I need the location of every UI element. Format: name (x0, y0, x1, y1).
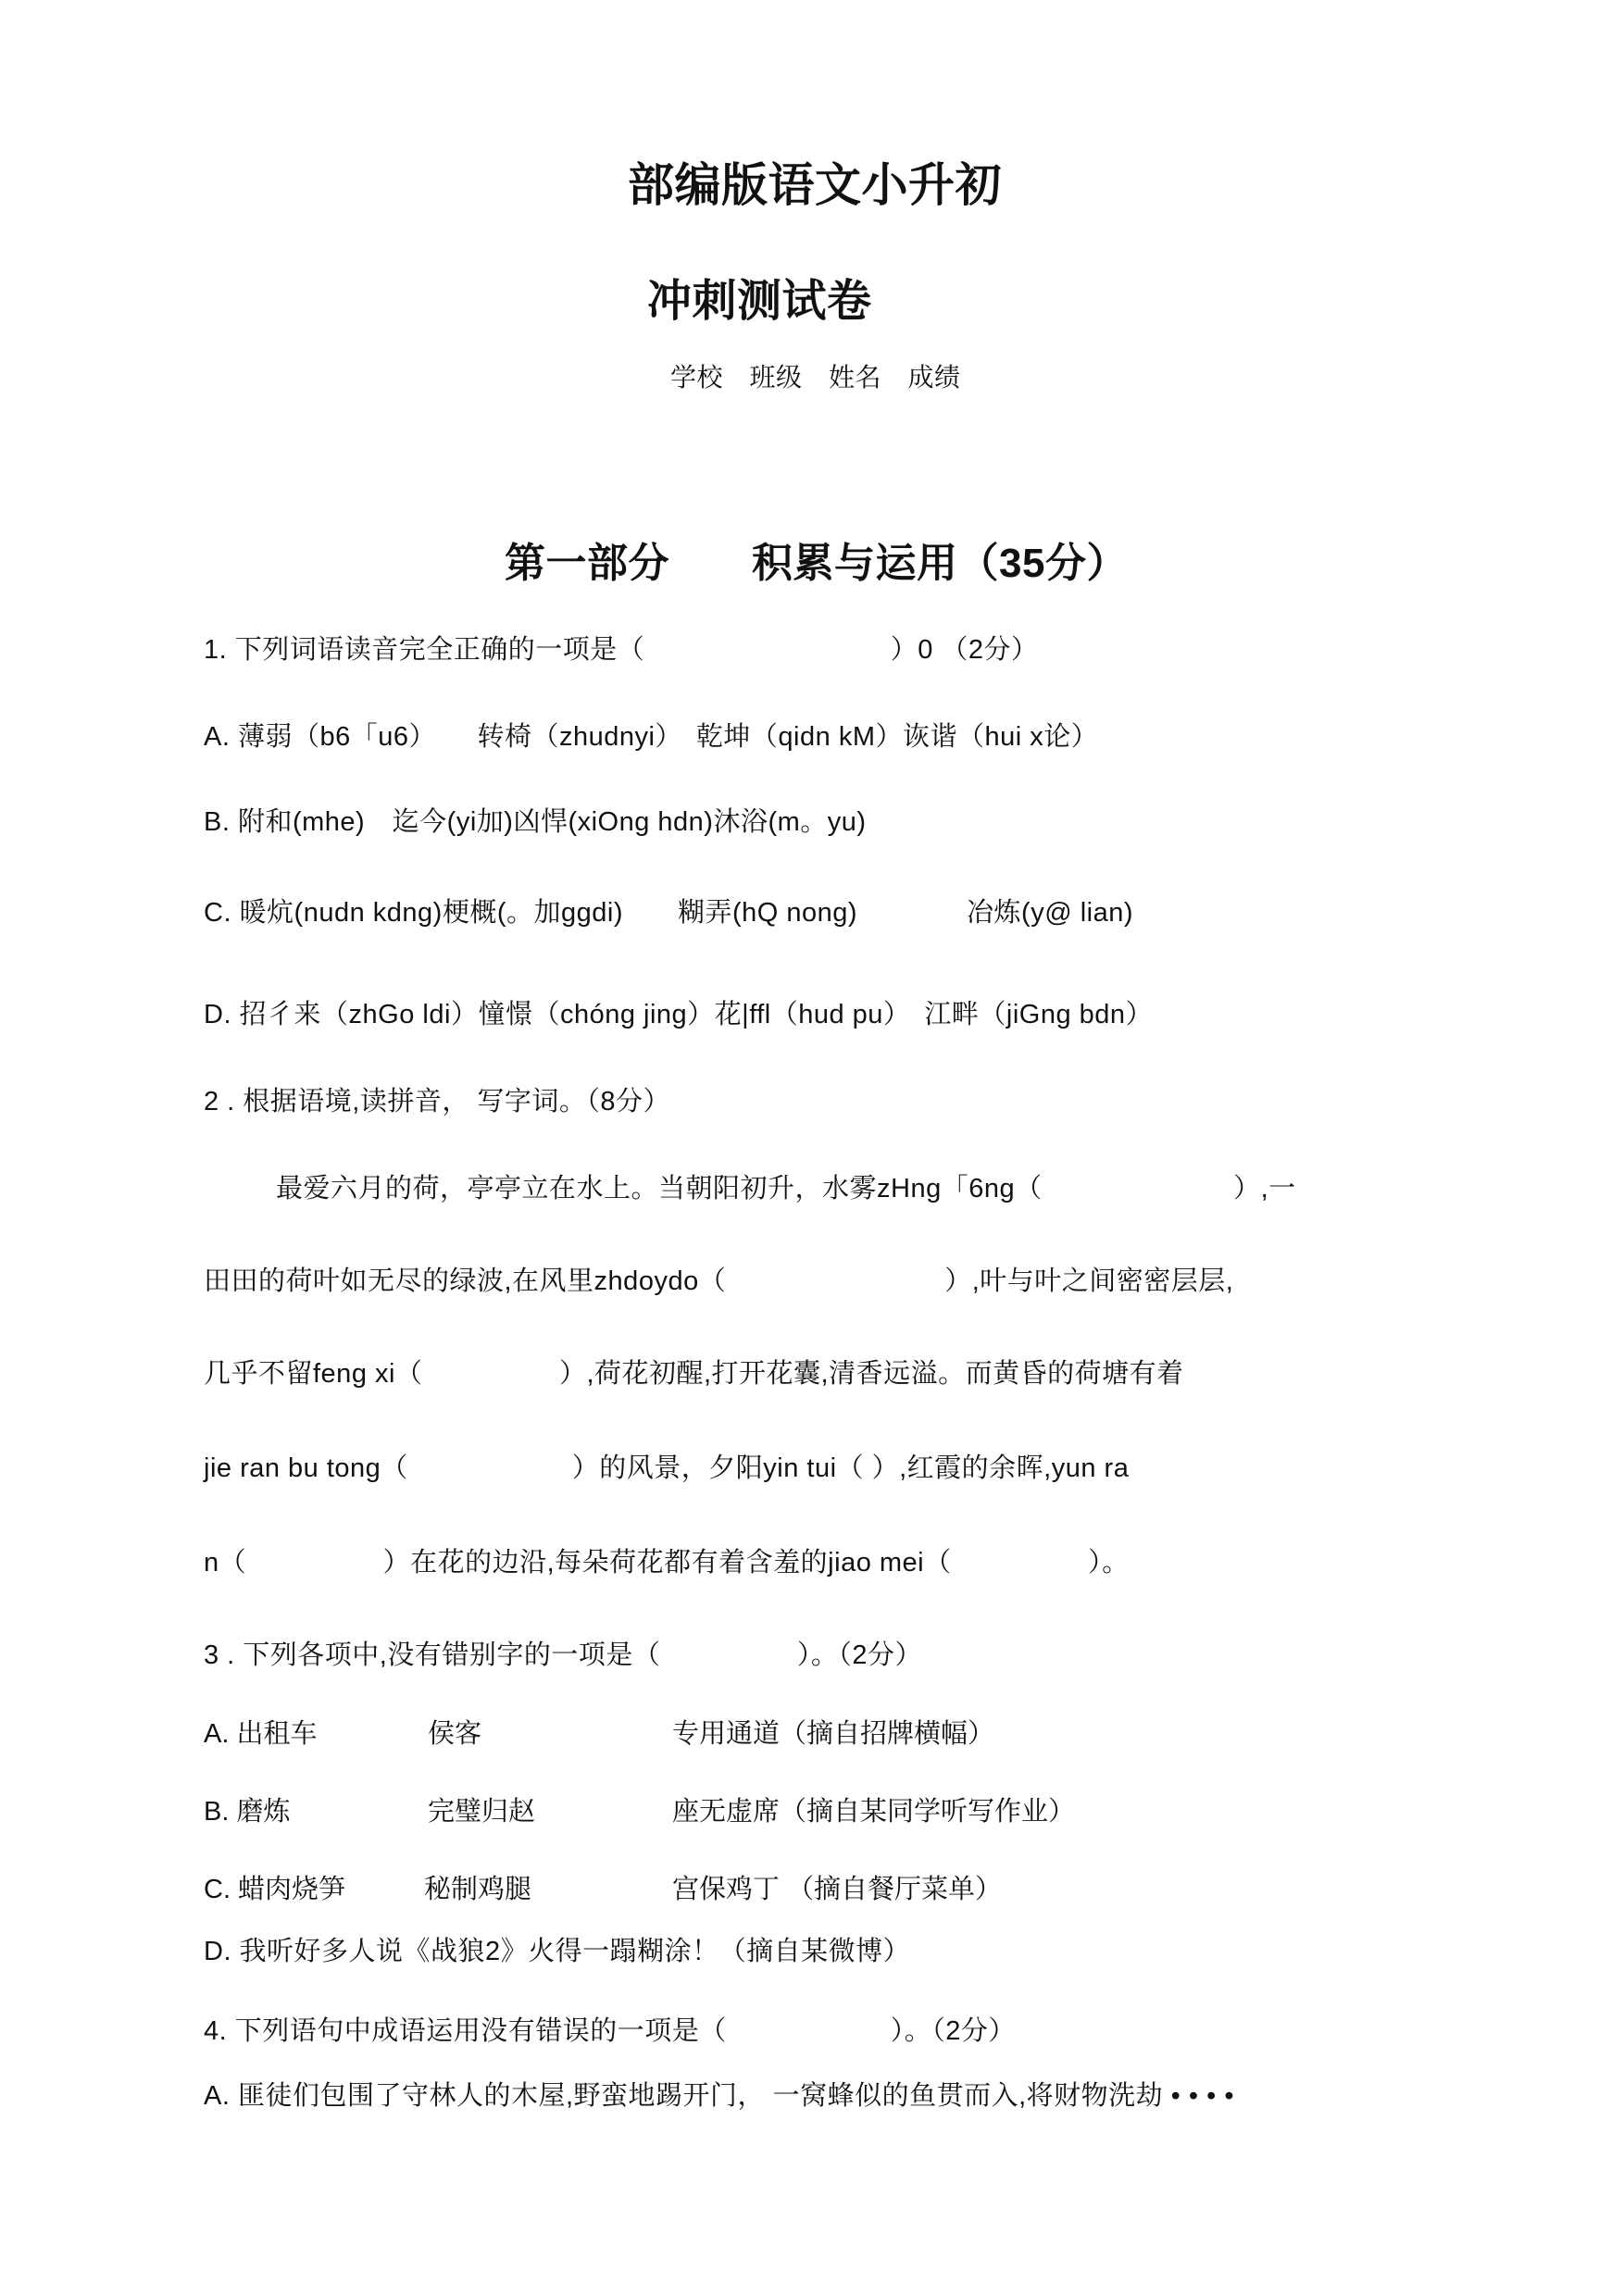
q1-option-c: C. 暖炕(nudn kdng)梗概(。加ggdi) 糊弄(hQ nong) 冶… (204, 898, 1133, 929)
q1-stem: 1. 下列词语读音完全正确的一项是（ ）0 （2分） (204, 635, 1039, 666)
q3-option-d: D. 我听好多人说《战狼2》火得一蹋糊涂！（摘自某微博） (204, 1937, 910, 1967)
q3-option-c-col3: 宫保鸡丁 （摘自餐厅菜单） (672, 1868, 1002, 1906)
section-heading: 第一部分 积累与运用（35分） (505, 541, 1128, 588)
q2-stem: 2 . 根据语境,读拼音， 写字词。（8分） (204, 1087, 670, 1117)
q3-option-c-col2: 秘制鸡腿 (424, 1868, 531, 1906)
doc-title-line2: 冲刺测试卷 (647, 276, 872, 327)
q2-paragraph-line-1: 最爱六月的荷，亭亭立在水上。当朝阳初升，水雾zHng「6ng（ ）,一 (276, 1174, 1296, 1204)
q2-paragraph-line-4: jie ran bu tong（ ）的风景，夕阳yin tui（ ）,红霞的余晖… (204, 1453, 1129, 1484)
q1-option-d: D. 招彳来（zhGo ldi）憧憬（chóng jing）花|ffl（hud … (204, 1000, 1153, 1030)
q3-option-b-col3: 座无虚席（摘自某同学听写作业） (672, 1790, 1075, 1828)
q3-stem: 3 . 下列各项中,没有错别字的一项是（ ）。（2分） (204, 1640, 922, 1671)
q3-option-a-col3: 专用通道（摘自招牌横幅） (672, 1713, 994, 1751)
q3-option-b-col2: 完璧归赵 (428, 1790, 535, 1828)
q4-option-a: A. 匪徒们包围了守林人的木屋,野蛮地踢开门， 一窝蜂似的鱼贯而入,将财物洗劫 … (204, 2081, 1234, 2112)
q3-option-b-label: B. 磨炼 (204, 1790, 290, 1828)
q1-option-a: A. 薄弱（b6「u6） 转椅（zhudnyi） 乾坤（qidn kM）诙谐（h… (204, 722, 1098, 753)
doc-title-line1: 部编版语文小升初 (628, 159, 1002, 213)
q4-stem: 4. 下列语句中成语运用没有错误的一项是（ ）。（2分） (204, 2016, 1016, 2047)
q2-paragraph-line-5: n（ ）在花的边沿,每朵荷花都有着含羞的jiao mei（ ）。 (204, 1548, 1130, 1578)
q2-paragraph-line-2: 田田的荷叶如无尽的绿波,在风里zhdoydo（ ）,叶与叶之间密密层层, (204, 1266, 1233, 1297)
q1-option-b: B. 附和(mhe) 迄今(yi加)凶悍(xiOng hdn)沐浴(m。yu) (204, 807, 867, 838)
q2-paragraph-line-3: 几乎不留feng xi（ ）,荷花初醒,打开花囊,清香远溢。而黄昏的荷塘有着 (204, 1359, 1184, 1390)
student-info-line: 学校 班级 姓名 成绩 (670, 363, 961, 393)
q3-option-c-label: C. 蜡肉烧笋 (204, 1868, 345, 1906)
q3-option-a-col2: 侯客 (428, 1713, 481, 1751)
test-paper-page: 部编版语文小升初 冲刺测试卷 学校 班级 姓名 成绩 第一部分 积累与运用（35… (0, 0, 1624, 2295)
q3-option-a-label: A. 出租车 (204, 1713, 317, 1751)
